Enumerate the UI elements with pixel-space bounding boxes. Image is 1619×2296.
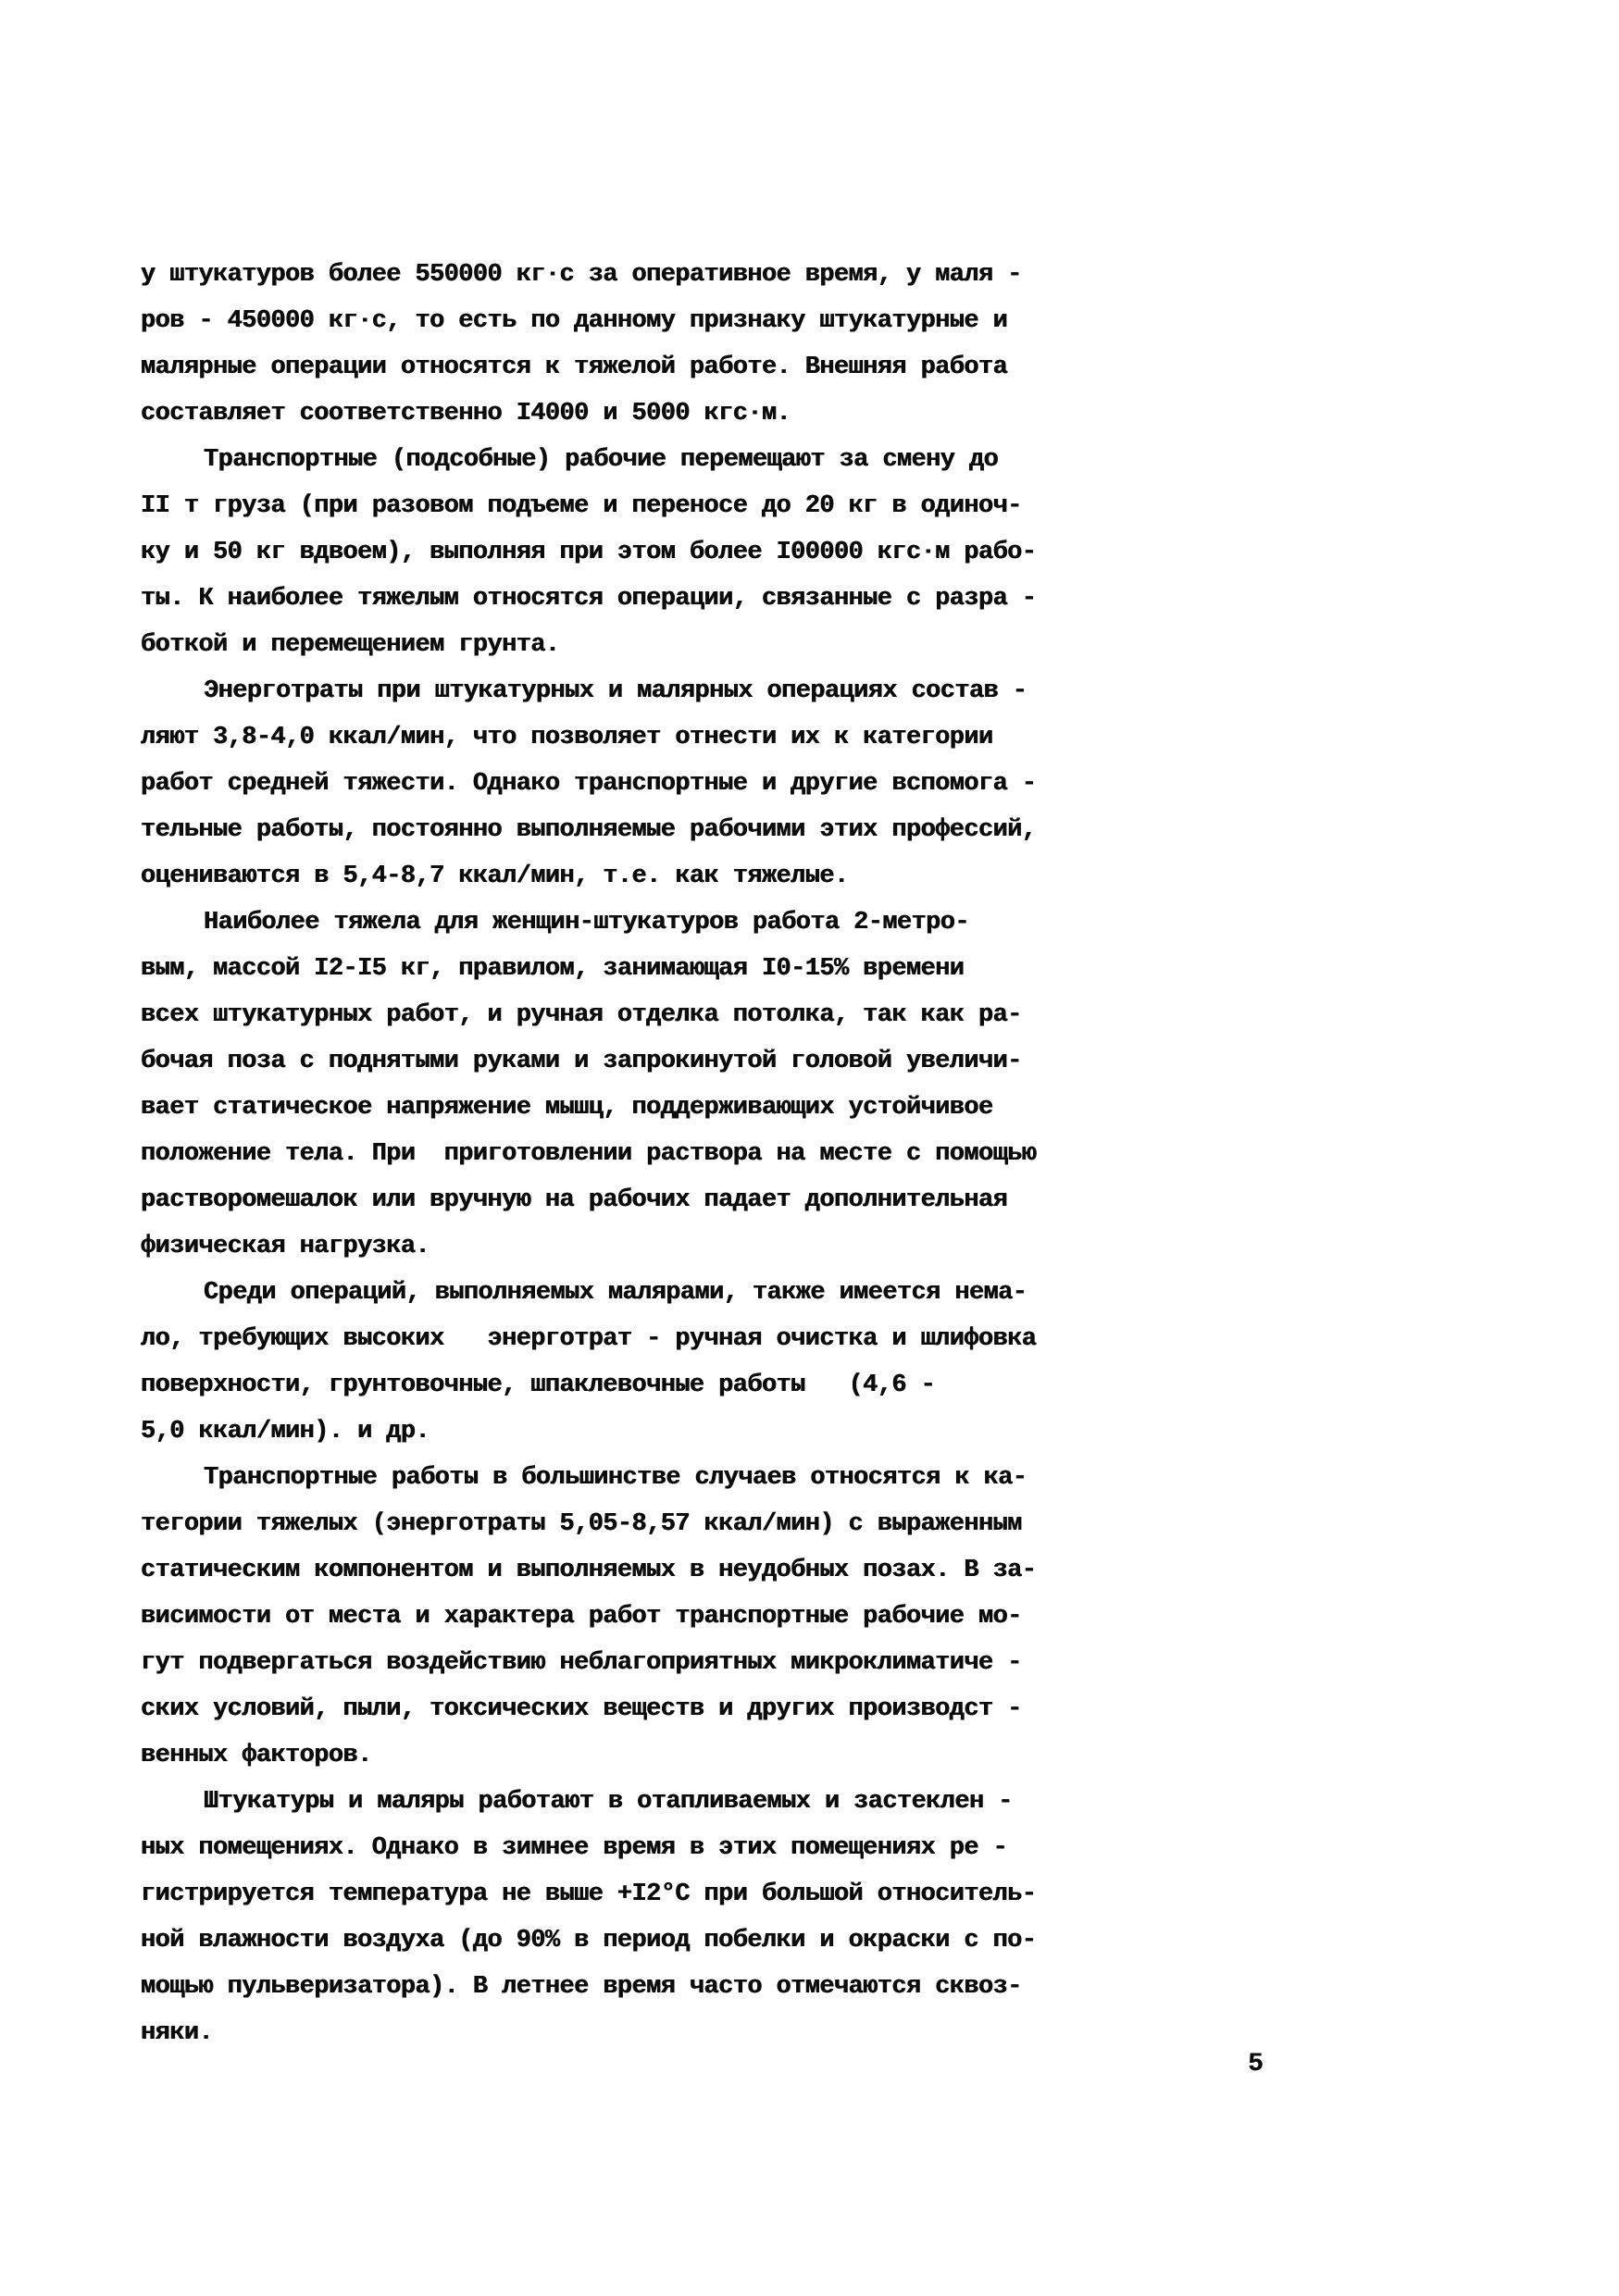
text-line: Штукатуры и маляры работают в отапливаем…	[141, 1779, 1066, 1825]
text-line: вым, массой I2-I5 кг, правилом, занимающ…	[141, 946, 1066, 992]
text-line: II т груза (при разовом подъеме и перено…	[141, 483, 1066, 529]
text-line: поверхности, грунтовочные, шпаклевочные …	[141, 1362, 1066, 1409]
text-line: ских условий, пыли, токсических веществ …	[141, 1686, 1066, 1732]
text-line: оцениваются в 5,4-8,7 ккал/мин, т.е. как…	[141, 853, 1066, 900]
scanned-document-page: у штукатуров более 550000 кг·с за операт…	[0, 0, 1619, 2296]
text-line: Транспортные работы в большинстве случае…	[141, 1455, 1066, 1501]
text-line: ты. К наиболее тяжелым относятся операци…	[141, 576, 1066, 622]
text-line: мощью пульверизатора). В летнее время ча…	[141, 1964, 1066, 2010]
text-line: гут подвергаться воздействию неблагоприя…	[141, 1640, 1066, 1686]
text-line: няки.	[141, 2010, 1066, 2056]
text-line: у штукатуров более 550000 кг·с за операт…	[141, 252, 1066, 298]
text-line: Транспортные (подсобные) рабочие перемещ…	[141, 437, 1066, 483]
text-line: статическим компонентом и выполняемых в …	[141, 1547, 1066, 1594]
text-line: ло, требующих высоких энерготрат - ручна…	[141, 1316, 1066, 1362]
text-line: гистрируется температура не выше +I2°С п…	[141, 1871, 1066, 1917]
text-line: ляют 3,8-4,0 ккал/мин, что позволяет отн…	[141, 714, 1066, 761]
text-line: ку и 50 кг вдвоем), выполняя при этом бо…	[141, 529, 1066, 576]
text-line: малярные операции относятся к тяжелой ра…	[141, 344, 1066, 391]
text-line: тельные работы, постоянно выполняемые ра…	[141, 807, 1066, 853]
text-line: всех штукатурных работ, и ручная отделка…	[141, 992, 1066, 1038]
text-line: боткой и перемещением грунта.	[141, 622, 1066, 668]
text-line: физическая нагрузка.	[141, 1223, 1066, 1270]
text-line: бочая поза с поднятыми руками и запрокин…	[141, 1038, 1066, 1085]
text-line: висимости от места и характера работ тра…	[141, 1594, 1066, 1640]
text-line: Наиболее тяжела для женщин-штукатуров ра…	[141, 900, 1066, 946]
text-line: 5,0 ккал/мин). и др.	[141, 1409, 1066, 1455]
text-line: ной влажности воздуха (до 90% в период п…	[141, 1917, 1066, 1964]
page-number: 5	[1248, 2042, 1264, 2088]
text-line: Энерготраты при штукатурных и малярных о…	[141, 668, 1066, 714]
text-line: ров - 450000 кг·с, то есть по данному пр…	[141, 298, 1066, 344]
document-text-block: у штукатуров более 550000 кг·с за операт…	[141, 252, 1066, 2056]
text-line: растворомешалок или вручную на рабочих п…	[141, 1177, 1066, 1223]
text-line: положение тела. При приготовлении раство…	[141, 1131, 1066, 1177]
text-line: работ средней тяжести. Однако транспортн…	[141, 761, 1066, 807]
text-line: вает статическое напряжение мышц, поддер…	[141, 1085, 1066, 1131]
text-line: Среди операций, выполняемых малярами, та…	[141, 1270, 1066, 1316]
text-line: тегории тяжелых (энерготраты 5,05-8,57 к…	[141, 1501, 1066, 1547]
text-line: составляет соответственно I4000 и 5000 к…	[141, 391, 1066, 437]
text-line: ных помещениях. Однако в зимнее время в …	[141, 1825, 1066, 1871]
text-line: венных факторов.	[141, 1732, 1066, 1779]
